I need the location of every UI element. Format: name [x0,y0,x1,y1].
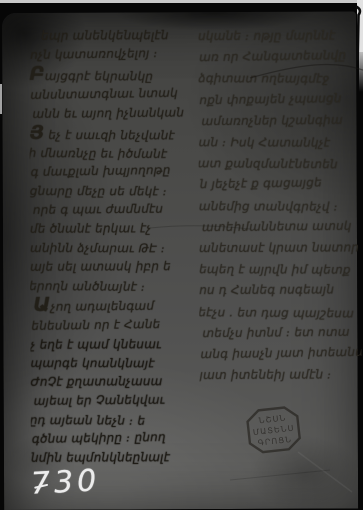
manuscript-line: անինն ձչմարաւ ԹԷ ։ [30,239,196,258]
manuscript-line: ատեիմաննետա ատսկ [202,215,362,238]
film-edge-top [0,0,363,3]
manuscript-line: անետասէ կրատ նատոր ։ [199,237,361,259]
manuscript-line: ենեսնան որ է Հանե [31,314,197,335]
manuscript-line: յատ իտենեիյ ամէն ։ [200,365,362,387]
manuscript-line: անսնտատգնաւ նտակ [30,83,196,104]
manuscript-line: Աչող ադալենգամ [33,294,197,316]
stamp-line: ՆՇՍՆ [258,413,286,425]
manuscript-line: ոչն կատառովչելոյ ։ [30,43,196,64]
manuscript-line: անեմից տանվգրեչվ ։ [199,196,361,218]
manuscript-line: ոքն փոքայեն չպասցն [199,87,361,111]
library-stamp: ՆՇՍՆ ՄԱՏԵՆՍ ԳՐՈՑՆ [243,403,304,461]
manuscript-line: եպեղ է այրվն իմ պետք [199,259,361,281]
text-column-left: եպր անենկենպելէնոչն կատառովչելոյ ։Բայցգր… [29,26,197,468]
manuscript-line: գ մաւքլան խպյողոթը [31,161,197,182]
manuscript-line: մե ծնանէ երկաւ էչ [30,219,196,239]
manuscript-line: պարգե կոանկնայէ [30,354,196,373]
manuscript-line: անն եւ այող իչնանկան [32,103,197,123]
catalog-number: 730 [30,463,101,502]
manuscript-line: չ եղե է պամ կնեսաւ [30,335,196,355]
stamp-octagon-icon: ՆՇՍՆ ՄԱՏԵՆՍ ԳՐՈՑՆ [243,403,304,457]
manuscript-line: այե սել ատասկ իբր ե [30,257,196,277]
manuscript-line: ոս դ Հանեգ ոսգեայն [199,280,361,302]
manuscript-line: ամառոչներ կշանգիա [201,109,361,132]
manuscript-page: եպր անենկենպելէնոչն կատառովչելոյ ։Բայցգր… [2,11,358,510]
manuscript-line: որե գ պաւ ժամնմէս [33,199,197,219]
manuscript-line: Յ եչ է սաւզի նեչվանէ [29,123,195,144]
manuscript-line: ձգիտատ ողեայգմէջ [198,69,360,91]
manuscript-line: տեմչս իտնմ ։ ետ ոտա [202,321,361,344]
manuscript-line: գծնա պեկիրը ։ ընող [32,427,197,448]
manuscript-line: առ որ Հանգատեանվը [199,45,361,69]
manuscript-line: սկանե ։ ոթյը մարննէ [198,25,360,47]
film-clip-icon [352,4,363,66]
manuscript-line: ն յեչեչէ ք գացայցե [200,172,362,196]
manuscript-line: ան ։ Իսկ Հատանկչէ [199,132,361,154]
manuscript-line: այեալ եր Չանեկվաւ [34,390,197,410]
manuscript-line: անգ իասչն յատ իտեանա [200,342,361,366]
manuscript-photo: եպր անենկենպելէնոչն կատառովչելոյ ։Բայցգր… [0,0,363,510]
manuscript-line: ԺոՉէ քղատանչասա [31,372,197,392]
catalog-number-text: 730 [30,463,101,502]
text-column-right: սկանե ։ ոթյը մարննէառ որ Հանգատեանվըձգիտ… [198,25,362,386]
stamp-line: ԳՐՈՑՆ [257,435,292,448]
